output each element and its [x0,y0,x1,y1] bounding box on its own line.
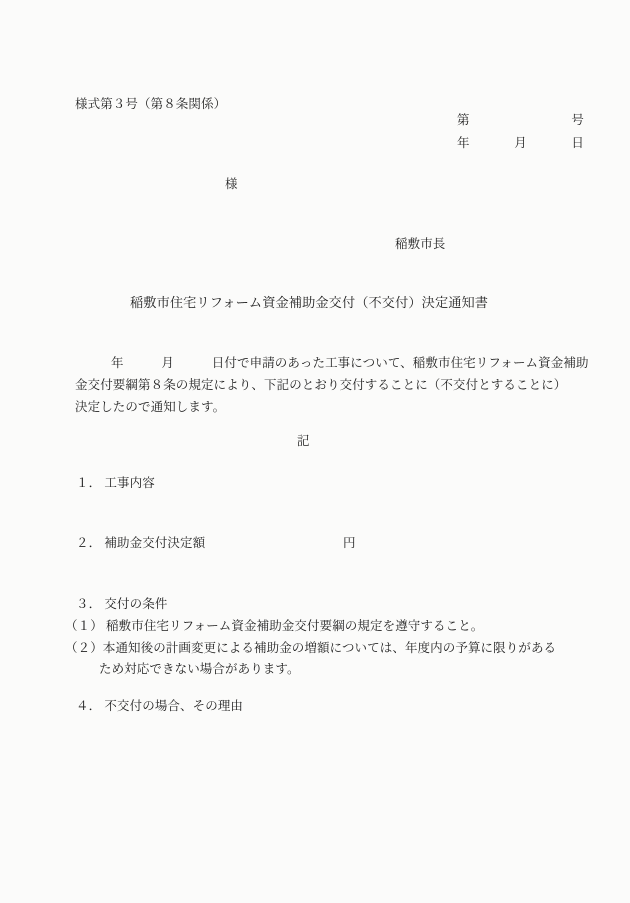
section-4-nongrant-reason: ４． 不交付の場合、その理由 [76,700,243,713]
section-3-condition-2-line1: （２）本通知後の計画変更による補助金の増額については、年度内の予算に限りがある [65,642,556,655]
record-marker: 記 [297,435,310,448]
document-title: 稲敷市住宅リフォーム資金補助金交付（不交付）決定通知書 [130,296,488,309]
body-paragraph-line3: 決定したので通知します。 [75,401,225,414]
date-month-label: 月 [514,137,527,150]
section-3-grant-conditions: ３． 交付の条件 [76,598,167,611]
date-line: 年 月 日 [457,137,584,150]
form-number: 様式第３号（第８条関係） [75,98,226,111]
sender-mayor: 稲敷市長 [395,238,445,251]
doc-number-prefix: 第 [457,114,470,127]
doc-number-suffix: 号 [571,114,584,127]
document-number-line: 第 号 [457,114,584,127]
section-3-condition-1: （１） 稲敷市住宅リフォーム資金補助金交付要綱の規定を遵守すること。 [65,620,483,633]
document-page: 様式第３号（第８条関係） 第 号 年 月 日 様 稲敷市長 稲敷市住宅リフォーム… [0,0,630,903]
recipient-honorific: 様 [225,178,238,191]
body-paragraph-line2: 金交付要綱第８条の規定により、下記のとおり交付することに（不交付とすることに） [75,379,566,392]
section-2-yen-unit: 円 [343,537,356,550]
section-3-condition-2-line2: ため対応できない場合があります。 [99,663,300,676]
section-2-subsidy-amount: ２． 補助金交付決定額 [76,537,205,550]
date-year-label: 年 [457,137,470,150]
body-paragraph-line1: 年 月 日付で申請のあった工事について、稲敷市住宅リフォーム資金補助 [111,357,589,370]
section-1-construction-details: １． 工事内容 [76,477,155,490]
date-day-label: 日 [571,137,584,150]
